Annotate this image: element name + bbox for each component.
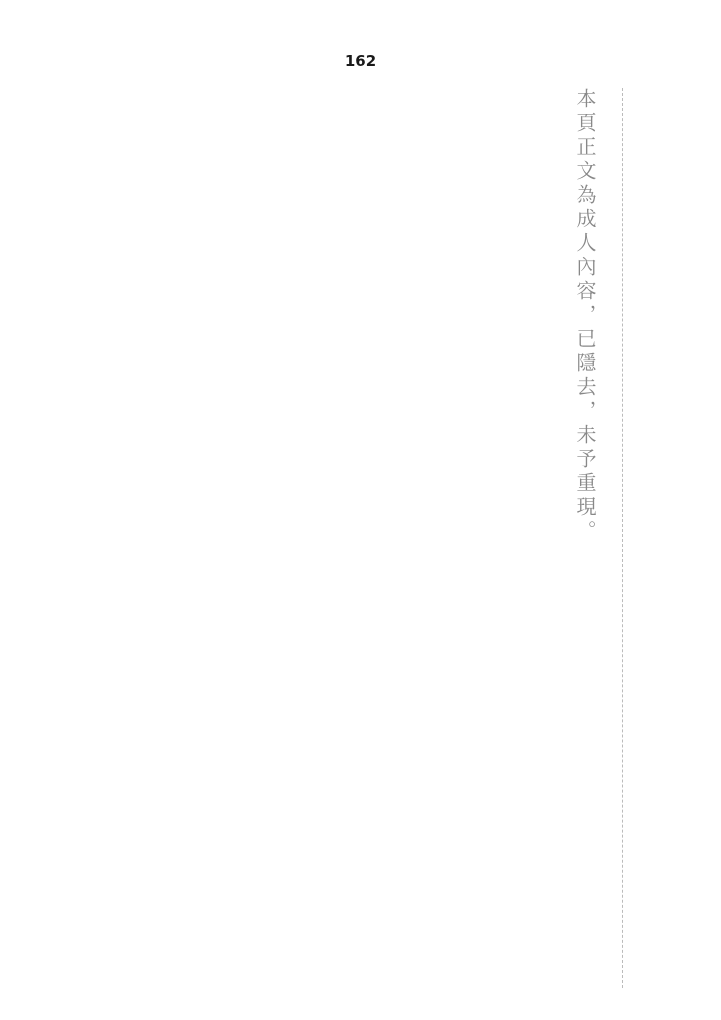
page-number: 162 — [0, 52, 721, 70]
redacted-body-text-notice: 本頁正文為成人內容，已隱去，未予重現。 — [560, 88, 623, 988]
document-page: 162 本頁正文為成人內容，已隱去，未予重現。 — [0, 0, 721, 1020]
